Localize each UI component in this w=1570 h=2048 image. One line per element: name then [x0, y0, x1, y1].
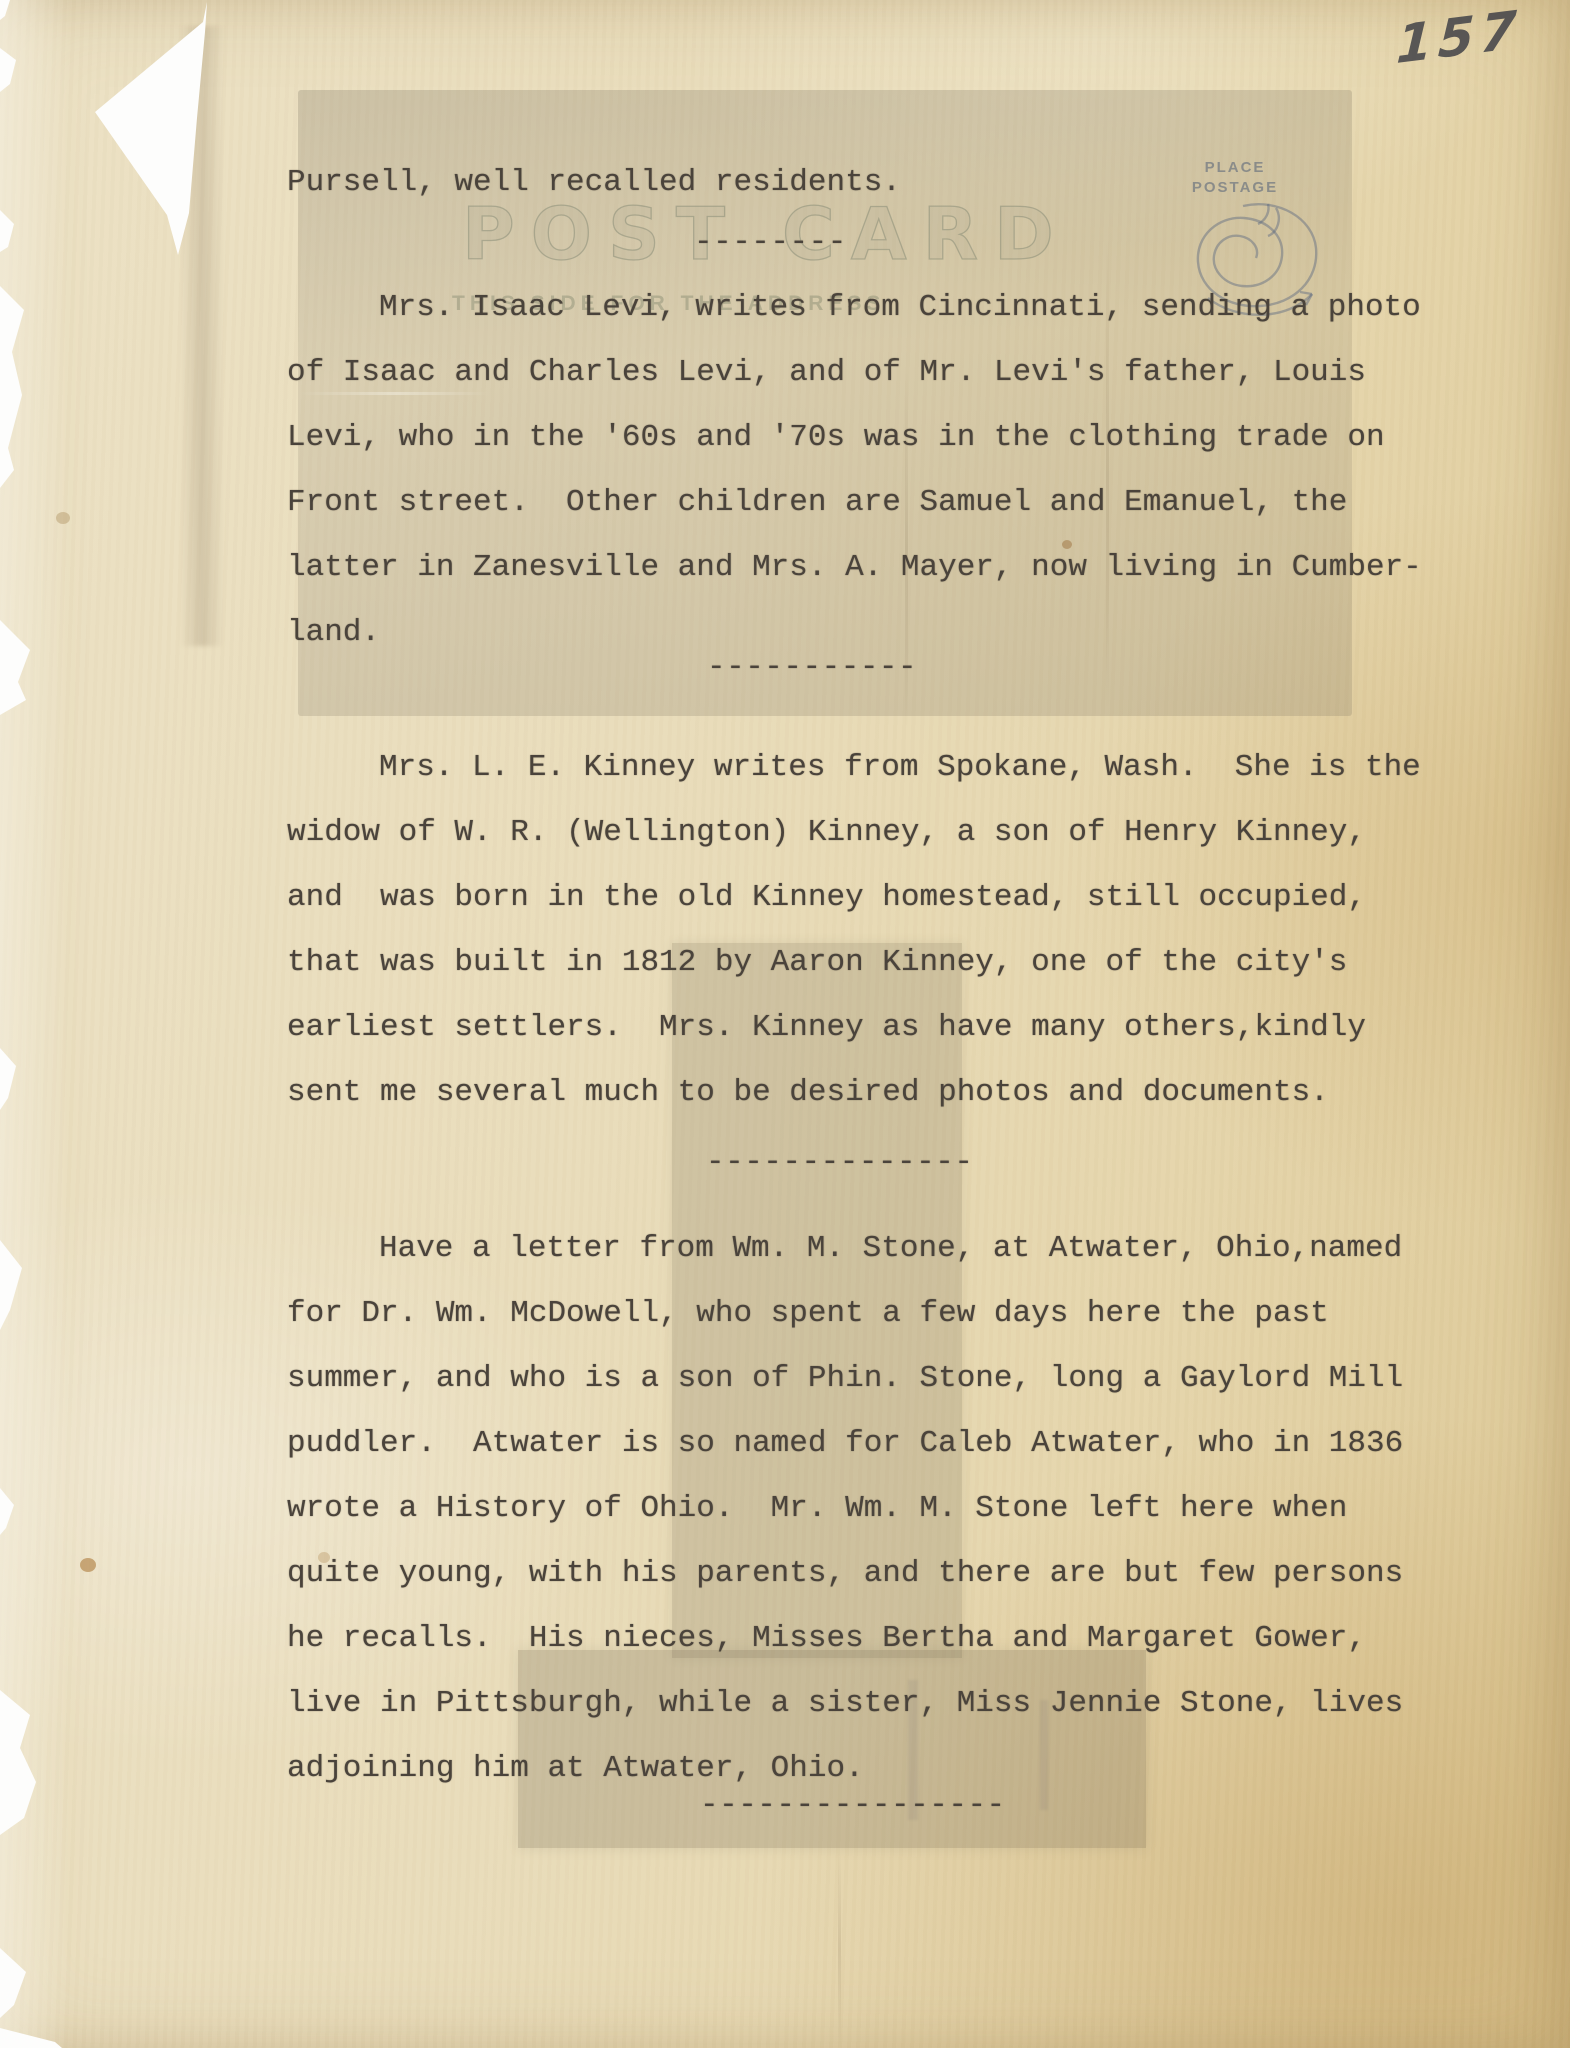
typed-separator: --------	[694, 228, 847, 258]
typed-paragraph-levi: Mrs. Isaac Levi, writes from Cincinnati,…	[287, 275, 1422, 665]
typed-separator: --------------	[706, 1148, 973, 1178]
typed-line: sent me several much to be desired photo…	[287, 1060, 1421, 1125]
typed-line: Front street. Other children are Samuel …	[287, 470, 1422, 535]
typed-line: of Isaac and Charles Levi, and of Mr. Le…	[287, 340, 1422, 405]
stamp-box-line1: PLACE	[1150, 158, 1320, 178]
crease-line	[838, 1850, 841, 2048]
typed-separator: -----------	[707, 653, 917, 683]
rust-stain	[80, 1558, 96, 1572]
tear-shadow	[180, 26, 224, 646]
typed-line: earliest settlers. Mrs. Kinney as have m…	[287, 995, 1421, 1060]
paper-left-light-edge	[0, 0, 70, 2048]
typed-line: Levi, who in the '60s and '70s was in th…	[287, 405, 1422, 470]
typed-line: latter in Zanesville and Mrs. A. Mayer, …	[287, 535, 1422, 600]
faint-stain	[56, 512, 70, 524]
typed-line: puddler. Atwater is so named for Caleb A…	[287, 1411, 1403, 1476]
typed-line: Pursell, well recalled residents.	[287, 150, 901, 215]
typed-line: Mrs. Isaac Levi, writes from Cincinnati,…	[287, 275, 1422, 340]
typed-paragraph-kinney: Mrs. L. E. Kinney writes from Spokane, W…	[287, 735, 1421, 1125]
typed-line: widow of W. R. (Wellington) Kinney, a so…	[287, 800, 1421, 865]
typed-line: wrote a History of Ohio. Mr. Wm. M. Ston…	[287, 1476, 1403, 1541]
typed-line: summer, and who is a son of Phin. Stone,…	[287, 1346, 1403, 1411]
typed-line: live in Pittsburgh, while a sister, Miss…	[287, 1671, 1403, 1736]
scanned-document-page: POST CARD THIS SIDE FOR THE ADDRESS PLAC…	[0, 0, 1570, 2048]
typed-line: Have a letter from Wm. M. Stone, at Atwa…	[287, 1216, 1403, 1281]
typed-line: for Dr. Wm. McDowell, who spent a few da…	[287, 1281, 1403, 1346]
typed-line: Mrs. L. E. Kinney writes from Spokane, W…	[287, 735, 1421, 800]
typed-line: that was built in 1812 by Aaron Kinney, …	[287, 930, 1421, 995]
typed-paragraph-intro: Pursell, well recalled residents.	[287, 150, 901, 215]
typed-line: he recalls. His nieces, Misses Bertha an…	[287, 1606, 1403, 1671]
typed-separator: ----------------	[700, 1791, 1006, 1821]
typed-paragraph-stone: Have a letter from Wm. M. Stone, at Atwa…	[287, 1216, 1403, 1801]
typed-line: quite young, with his parents, and there…	[287, 1541, 1403, 1606]
typed-line: and was born in the old Kinney homestead…	[287, 865, 1421, 930]
